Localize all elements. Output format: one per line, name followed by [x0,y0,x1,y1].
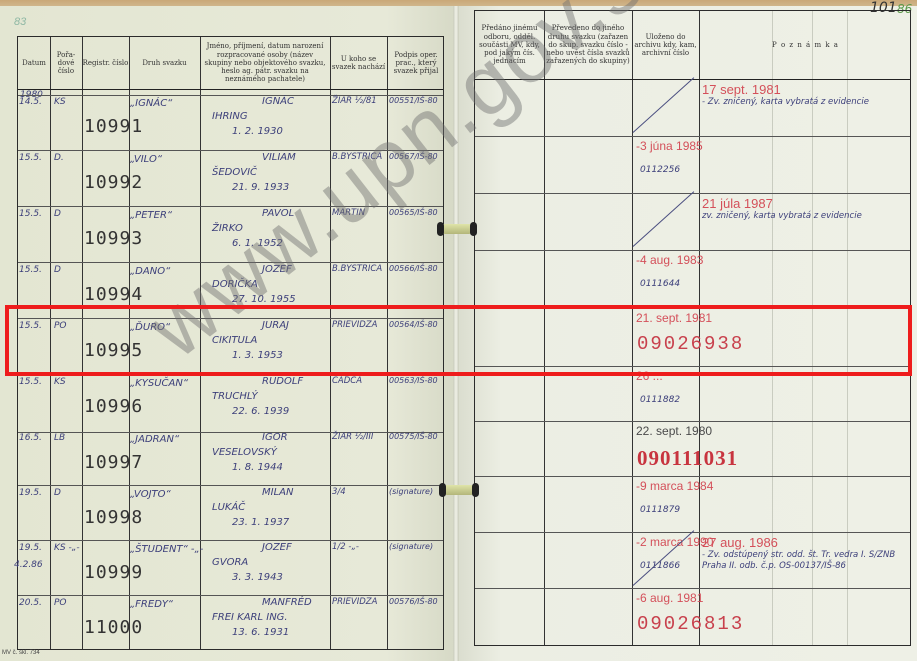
cell-poradove-cislo: LB [54,433,65,443]
cell-archive-date: -3 júna 1985 [636,139,703,153]
cell-archive-number: 090111031 [637,446,738,471]
cell-datum: 15.5. [19,153,42,163]
cell-note-text: - Zv. odstúpený str. odd. št. Tr. vedra … [702,550,907,572]
cell-podpis: 00576/IŠ-80 [389,597,438,606]
cell-druh-svazku: „IGNÁC“ [130,98,172,109]
cell-archive-number: 0111882 [640,395,680,405]
cell-birth-date: 23. 1. 1937 [232,517,289,528]
cell-note-date: 17 sept. 1981 [702,82,781,97]
cell-druh-svazku: „JADRAN“ [130,434,179,445]
cell-datum: 14.5. [19,97,42,107]
cell-first-name: MANFRÉD [262,597,312,608]
cell-archive-date: -6 aug. 1981 [636,591,703,605]
cell-birth-date: 21. 9. 1933 [232,182,289,193]
cell-registr-cislo: 10994 [84,284,143,305]
cell-birth-date: 6. 1. 1952 [232,238,283,249]
cell-u-koho: 3/4 [332,487,346,497]
cell-last-name: DORIČKA [212,279,258,290]
cell-birth-date: 22. 6. 1939 [232,406,289,417]
cell-note-date: 21 júla 1987 [702,196,773,211]
cell-datum: 16.5. [19,433,42,443]
cell-datum: 20.5. [19,598,42,608]
cell-archive-date: 22. sept. 1980 [636,424,712,438]
cell-registr-cislo: 10998 [84,507,143,528]
cell-last-name: FREI KARL ING. [212,612,288,623]
cell-first-name: MILAN [262,487,293,498]
cell-note-text: - Zv. zničený, karta vybratá z evidencie [702,97,907,108]
cell-druh-svazku: „PETER“ [130,210,172,221]
cell-registr-cislo: 10991 [84,116,143,137]
cell-archive-number: 0111866 [640,561,680,571]
cell-last-name: GVORA [212,557,248,568]
cell-poradove-cislo: KS [54,97,66,107]
binding-ring-top [440,224,474,234]
form-code: MV č. skl. 734 [2,650,40,656]
cell-druh-svazku: „ŠTUDENT“ -„- [130,544,203,555]
header-poznamka: P o z n á m k a [699,11,912,79]
cell-druh-svazku: „DANO“ [130,266,170,277]
cell-podpis: 00575/IŠ-80 [389,432,438,441]
cell-u-koho: 1/2 -„- [332,542,359,552]
cell-u-koho: MARTIN [332,208,365,218]
header-registr-cislo: Registr. číslo [82,37,129,89]
header-datum: Datum [18,37,50,89]
cell-birth-date: 1. 8. 1944 [232,462,283,473]
cell-druh-svazku: „FREDY“ [130,599,173,610]
header-druh-svazku: Druh svazku [129,37,200,89]
cell-archive-number: 09026813 [637,613,744,635]
cell-archive-number: 0112256 [640,165,680,175]
cell-archive-number: 0111644 [640,279,680,289]
cell-podpis: (signature) [389,542,433,551]
cell-registr-cislo: 11000 [84,617,143,638]
cell-note-date: 27 aug. 1986 [702,535,778,550]
cell-first-name: IGNÁC [262,96,294,107]
cell-archive-number: 0111879 [640,505,680,515]
header-jmeno: Jméno, příjmení, datum narození rozpraco… [200,37,330,89]
header-prevedeno: Převedeno do jiného druhu svazku (zařaze… [544,11,632,79]
cell-poradove-cislo: KS -„- [54,543,80,553]
highlighted-row-box [5,305,912,376]
cell-datum-2: 4.2.86 [14,560,43,570]
cell-datum: 15.5. [19,209,42,219]
cell-first-name: JOZEF [262,542,292,553]
cell-first-name: RUDOLF [262,376,303,387]
cell-poradove-cislo: D. [54,153,64,163]
cell-datum: 15.5. [19,265,42,275]
cell-first-name: JOZEF [262,264,292,275]
cell-podpis: 00563/IŠ-80 [389,376,438,385]
cell-u-koho: B.BYSTRICA [332,264,382,274]
cell-birth-date: 13. 6. 1931 [232,627,289,638]
cell-last-name: ŽIRKO [212,223,243,234]
cell-birth-date: 27. 10. 1955 [232,294,296,305]
header-predano: Předáno jinému odboru, odděl. součásti M… [475,11,544,79]
cell-u-koho: ŽIAR ½/81 [332,96,377,106]
header-poradove-cislo: Pořa-dové číslo [50,37,82,89]
header-u-koho: U koho se svazek nachází [330,37,387,89]
cell-poradove-cislo: PO [54,598,67,608]
cell-first-name: PAVOL [262,208,294,219]
cell-note-text: zv. zničený, karta vybratá z evidencie [702,211,907,222]
cell-registr-cislo: 10997 [84,452,143,473]
binding-ring-bottom [442,485,476,495]
cell-registr-cislo: 10993 [84,228,143,249]
cell-last-name: LUKÁČ [212,502,245,513]
cell-poradove-cislo: KS [54,377,66,387]
cell-birth-date: 3. 3. 1943 [232,572,283,583]
cell-archive-date: -4 aug. 1983 [636,253,703,267]
cell-registr-cislo: 10996 [84,396,143,417]
cell-podpis: 00551/IŠ-80 [389,96,438,105]
cell-poradove-cislo: D [54,265,61,275]
cell-datum: 19.5. [19,488,42,498]
cell-poradove-cislo: D [54,209,61,219]
cell-podpis: 00566/IŠ-80 [389,264,438,273]
cell-druh-svazku: „KYSUČAN“ [130,378,188,389]
header-podpis: Podpis oper. prac., který svazek přijal [387,37,445,89]
corner-pencil-mark: 83 [14,16,26,28]
header-ulozeno: Uloženo do archivu kdy, kam, archivní čí… [632,11,699,79]
cell-archive-date: -9 marca 1984 [636,479,713,493]
cell-registr-cislo: 10999 [84,562,143,583]
cell-registr-cislo: 10992 [84,172,143,193]
cell-first-name: VILIAM [262,152,296,163]
cell-u-koho: ČADCA [332,376,362,386]
cell-last-name: TRUCHLÝ [212,391,258,402]
cell-datum: 15.5. [19,377,42,387]
cell-u-koho: ŽIAR ½/III [332,432,373,442]
cell-last-name: IHRING [212,111,248,122]
cell-last-name: ŠEDOVIČ [212,167,257,178]
cell-druh-svazku: „VILO“ [130,154,162,165]
cell-podpis: 00567/IŠ-80 [389,152,438,161]
cell-datum: 19.5. [19,543,42,553]
cell-poradove-cislo: D [54,488,61,498]
cell-u-koho: PRIEVIDZA [332,597,377,607]
cell-druh-svazku: „VOJTO“ [130,489,171,500]
cell-u-koho: B.BYSTRICA [332,152,382,162]
cell-last-name: VESELOVSKÝ [212,447,277,458]
cell-birth-date: 1. 2. 1930 [232,126,283,137]
cell-podpis: (signature) [389,487,433,496]
cell-podpis: 00565/IŠ-80 [389,208,438,217]
cell-first-name: IGOR [262,432,288,443]
